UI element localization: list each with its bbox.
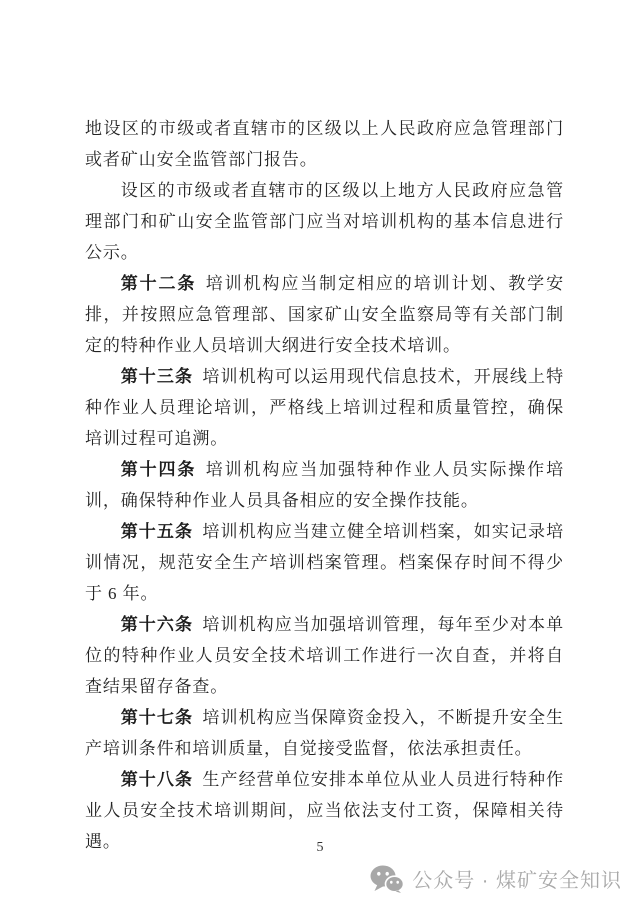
wechat-watermark: 公众号 · 煤矿安全知识 [370, 864, 622, 893]
paragraph: 第十七条培训机构应当保障资金投入，不断提升安全生产培训条件和培训质量，自觉接受监… [85, 702, 564, 764]
article-number: 第十二条 [121, 274, 197, 293]
article-number: 第十五条 [121, 522, 193, 541]
article-number: 第十六条 [121, 615, 193, 634]
page-number: 5 [0, 840, 640, 856]
paragraph-text: 设区的市级或者直辖市的区级以上地方人民政府应急管理部门和矿山安全监管部门应当对培… [85, 181, 564, 262]
article-number: 第十三条 [121, 367, 193, 386]
paragraph: 设区的市级或者直辖市的区级以上地方人民政府应急管理部门和矿山安全监管部门应当对培… [85, 175, 564, 268]
paragraph: 第十四条培训机构应当加强特种作业人员实际操作培训，确保特种作业人员具备相应的安全… [85, 454, 564, 516]
article-number: 第十七条 [121, 708, 193, 727]
paragraph: 第十三条培训机构可以运用现代信息技术，开展线上特种作业人员理论培训，严格线上培训… [85, 361, 564, 454]
document-page: 地设区的市级或者直辖市的区级以上人民政府应急管理部门或者矿山安全监管部门报告。 … [0, 0, 640, 905]
wechat-watermark-label: 公众号 · 煤矿安全知识 [412, 864, 622, 893]
article-number: 第十八条 [121, 770, 193, 789]
wechat-icon [370, 865, 404, 893]
paragraph: 第十六条培训机构应当加强培训管理，每年至少对本单位的特种作业人员安全技术培训工作… [85, 609, 564, 702]
paragraph: 第十五条培训机构应当建立健全培训档案，如实记录培训情况，规范安全生产培训档案管理… [85, 516, 564, 609]
paragraph: 第十二条培训机构应当制定相应的培训计划、教学安排，并按照应急管理部、国家矿山安全… [85, 268, 564, 361]
paragraph: 地设区的市级或者直辖市的区级以上人民政府应急管理部门或者矿山安全监管部门报告。 [85, 113, 564, 175]
article-number: 第十四条 [121, 460, 197, 479]
page-body-text: 地设区的市级或者直辖市的区级以上人民政府应急管理部门或者矿山安全监管部门报告。 … [85, 113, 564, 857]
paragraph-text: 地设区的市级或者直辖市的区级以上人民政府应急管理部门或者矿山安全监管部门报告。 [85, 119, 564, 169]
